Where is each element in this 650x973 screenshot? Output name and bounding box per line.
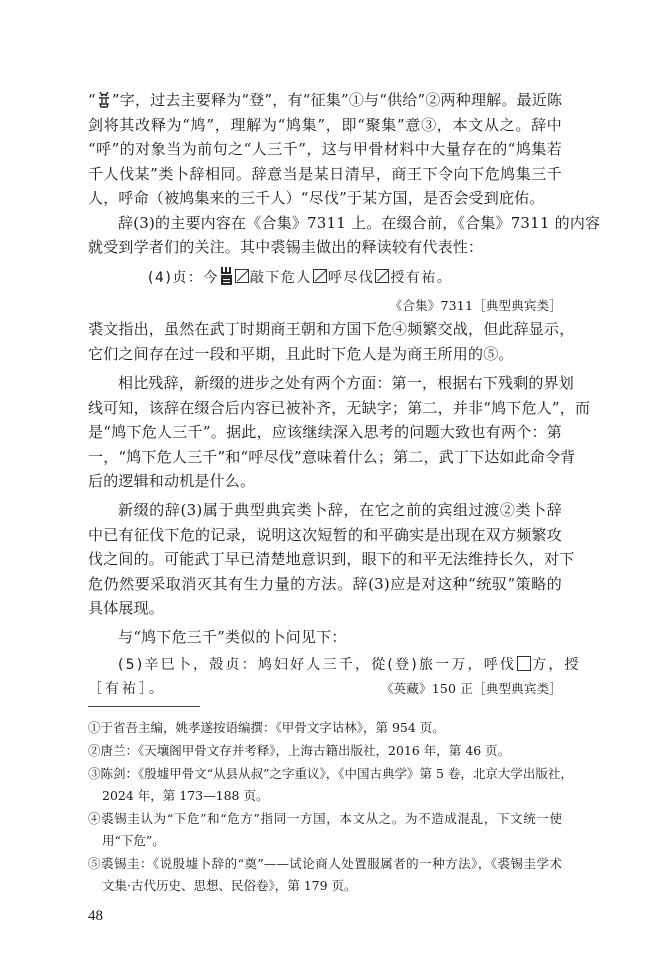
footnote-5-line-1: ⑤裘锡圭：《说殷墟卜辞的“奠”——试论商人处置服属者的一种方法》，《裘锡圭学术	[88, 853, 562, 874]
body-line-20: 与“鸠下危三千”类似的卜问见下：	[88, 625, 562, 649]
footnote-1: ①于省吾主编，姚孝遂按语编撰：《甲骨文字诂林》，第 954 页。	[88, 717, 562, 738]
example-4-part4: 授有祐。	[390, 270, 452, 286]
body-line-9: 它们之间存在过一段和平期，且此时下危人是为商王所用的⑤。	[88, 342, 562, 366]
missing-char-icon	[313, 269, 327, 283]
body-line-4: 千人伐某”类卜辞相同。辞意当是某日清早，商王下令向下危鸠集三千	[88, 162, 562, 186]
footnote-4-line-2: 用“下危”。	[88, 830, 562, 851]
body-line-11: 线可知，该辞在缀合后内容已被补齐，无缺字；第二，并非“鸠下危人”，而	[88, 396, 562, 420]
body-line-16: 中已有征伐下危的记录，说明这次短暂的和平确实是出现在双方频繁攻	[88, 523, 562, 547]
example-5-source: 《英藏》150 正［典型典宾类］	[88, 677, 562, 701]
body-line-13: 一，“鸠下危人三千”和“呼尽伐”意味着什么；第二，武丁下达如此命令背	[88, 445, 562, 469]
body-line-8: 裘文指出，虽然在武丁时期商王朝和方国下危④频繁交战，但此辞显示，	[88, 317, 562, 341]
body-line-15: 新缀的辞(3)属于典型典宾类卜辞，在它之前的宾组过渡②类卜辞	[88, 498, 562, 522]
example-4: (4)贞：今敲下危人呼尽伐授有祐。	[88, 266, 562, 290]
footnote-5-line-2: 文集·古代历史、思想、民俗卷》，第 179 页。	[88, 875, 562, 896]
example-4-part2: 敲下危人	[250, 270, 312, 286]
body-line-19: 具体展现。	[88, 596, 562, 620]
example-4-prefix: (4)贞：今	[148, 270, 219, 286]
body-line-18: 危仍然要采取消灭其有生力量的方法。辞(3)应是对这种“统驭”策略的	[88, 572, 562, 596]
footnote-3-line-1: ③陈剑：《殷墟甲骨文“从县从叔”之字重议》，《中国古典学》第 5 卷，北京大学出…	[88, 763, 562, 784]
footnote-3-line-2: 2024 年，第 173—188 页。	[88, 785, 562, 806]
body-line-1: “”字，过去主要释为“登”，有“征集”①与“供给”②两种理解。最近陈	[88, 88, 562, 112]
footnote-divider	[88, 706, 200, 707]
example-5-text-b: 方，授	[532, 657, 581, 673]
example-4-part3: 呼尽伐	[328, 270, 375, 286]
missing-char-icon	[235, 269, 249, 283]
oracle-bone-glyph-icon	[219, 266, 234, 286]
body-line-1-text: ”字，过去主要释为“登”，有“征集”①与“供给”②两种理解。最近陈	[112, 91, 562, 109]
page-number: 48	[88, 908, 103, 925]
example-4-source: 《合集》7311［典型典宾类］	[88, 294, 562, 318]
example-5-text-a: (5)辛巳卜，殻贞：鸠妇好人三千，從(登)旅一万，呼伐	[118, 657, 516, 673]
body-line-14: 后的逻辑和动机是什么。	[88, 469, 562, 493]
body-line-7: 就受到学者们的关注。其中裘锡圭做出的释读较有代表性：	[88, 235, 562, 259]
open-quote: “	[88, 91, 96, 109]
example-5-line-1: (5)辛巳卜，殻贞：鸠妇好人三千，從(登)旅一万，呼伐方，授	[88, 653, 562, 677]
body-line-2: 剑将其改释为“鸠”，理解为“鸠集”，即“聚集”意③，本文从之。辞中	[88, 113, 562, 137]
body-line-17: 伐之间的。可能武丁早已清楚地意识到，眼下的和平无法维持长久，对下	[88, 547, 562, 571]
body-line-6: 辞(3)的主要内容在《合集》7311 上。在缀合前，《合集》7311 的内容	[88, 211, 562, 235]
body-line-5: 人，呼命（被鸠集来的三千人）“尽伐”于某方国，是否会受到庇佑。	[88, 186, 562, 210]
body-line-3: “呼”的对象当为前句之“人三千”，这与甲骨材料中大量存在的“鸠集若	[88, 137, 562, 161]
missing-char-icon	[375, 269, 389, 283]
footnote-2: ②唐兰：《天壤阁甲骨文存并考释》，上海古籍出版社，2016 年，第 46 页。	[88, 740, 562, 761]
oracle-bone-glyph-icon	[96, 90, 112, 108]
footnote-4-line-1: ④裘锡圭认为“下危”和“危方”指同一方国，本文从之。为不造成混乱，下文统一使	[88, 808, 562, 829]
body-line-10: 相比残辞，新缀的进步之处有两个方面：第一，根据右下残剩的界划	[88, 371, 562, 395]
missing-char-box-icon	[517, 656, 531, 671]
body-line-12: 是“鸠下危人三千”。据此，应该继续深入思考的问题大致也有两个：第	[88, 420, 562, 444]
